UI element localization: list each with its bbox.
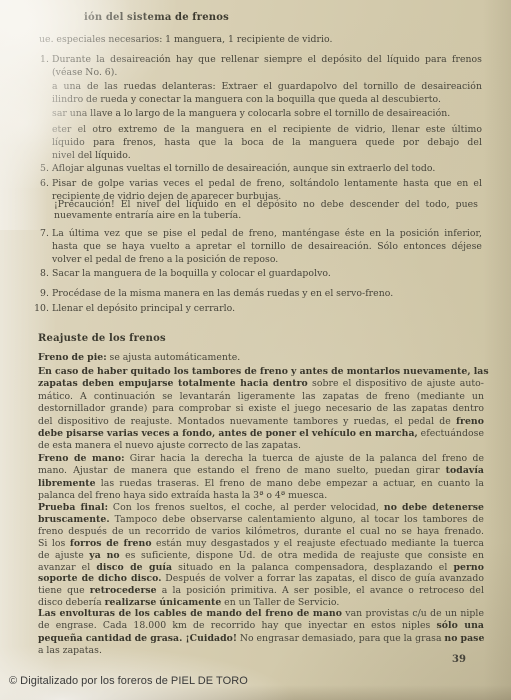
text-line: Freno de pie: se ajusta automáticamente.: [38, 352, 484, 364]
page-heading: ión del sistema de frenos: [84, 12, 229, 23]
text-line: libremente las ruedas traseras. El freno…: [38, 478, 484, 490]
text-line: mano. Ajustar de manera que estando el f…: [38, 465, 484, 477]
text-line: avanzar el disco de guía situado en la p…: [38, 562, 484, 574]
text-line: Sacar la manguera de la boquilla y coloc…: [52, 267, 482, 280]
text-line: de esta manera el nuevo ajuste correcto …: [38, 440, 484, 452]
text-line: ilindro de rueda y conectar la manguera …: [52, 93, 482, 106]
text-line: Prueba final: Con los frenos sueltos, el…: [38, 502, 484, 514]
paragraph-cable-greasing: Las envolturas de los cables de mando de…: [38, 608, 484, 658]
text-line: tiene que retrocederse a la posición pri…: [38, 585, 484, 597]
text-line: volver el pedal de freno a la posición d…: [52, 253, 482, 266]
list-item: 9. Procédase de la misma manera en las d…: [52, 287, 482, 300]
scanned-page: ión del sistema de frenos ue. especiales…: [0, 0, 511, 700]
list-item: sar una llave a lo largo de la manguera …: [52, 107, 482, 120]
text-line: mático. A continuación se levantarán lig…: [38, 391, 484, 403]
list-item: 10. Llenar el depósito principal y cerra…: [52, 302, 482, 315]
text-line: soporte de dicho disco. Después de volve…: [38, 573, 484, 585]
step-number: 6.: [33, 177, 49, 190]
text-line: ¡Precaución! El nivel del líquido en el …: [54, 199, 478, 210]
text-line: Las envolturas de los cables de mando de…: [38, 608, 484, 620]
text-line: pequeña cantidad de grasa. ¡Cuidado! No …: [38, 633, 484, 645]
text-line: palanca del freno haya sido extraída has…: [38, 490, 484, 502]
text-line: de ajuste ya no es suficiente, dispone U…: [38, 550, 484, 562]
step-number: 10.: [33, 302, 49, 315]
caution-note: ¡Precaución! El nivel del líquido en el …: [54, 199, 478, 221]
step-number: 1.: [33, 53, 49, 66]
text-line: de engrase. Cada 18.000 km de recorrido …: [38, 620, 484, 632]
text-line: bruscamente. Tampoco debe observarse cal…: [38, 514, 484, 526]
text-line: a las zapatas.: [38, 645, 484, 657]
text-line: sar una llave a lo largo de la manguera …: [52, 107, 482, 120]
paragraph-final-test: Prueba final: Con los frenos sueltos, el…: [38, 502, 484, 609]
text-line: Aflojar algunas vueltas el tornillo de d…: [52, 162, 482, 175]
text-line: Llenar el depósito principal y cerrarlo.: [52, 302, 482, 315]
text-line: zapatas deben empujarse totalmente hacia…: [38, 378, 484, 390]
page-number: 39: [452, 654, 466, 665]
text-line: eter el otro extremo de la manguera en e…: [52, 123, 482, 136]
text-line: Pisar de golpe varias veces el pedal de …: [52, 177, 482, 190]
text-line: debe pisarse varias veces a fondo, antes…: [38, 428, 484, 440]
text-line: líquido para frenos, hasta que la boca d…: [52, 136, 482, 149]
text-line: hasta que se haya vuelto a apretar el to…: [52, 240, 482, 253]
list-item: a una de las ruedas delanteras: Extraer …: [52, 80, 482, 106]
list-item: 8. Sacar la manguera de la boquilla y co…: [52, 267, 482, 280]
text-line: Procédase de la misma manera en las demá…: [52, 287, 482, 300]
paragraph-hand-brake: Freno de mano: Girar hacia la derecha la…: [38, 453, 484, 503]
list-item: 7. La última vez que se pise el pedal de…: [52, 227, 482, 266]
text-line: nivel del líquido.: [52, 149, 482, 162]
text-line: freno después de un recorrido de varios …: [38, 526, 484, 538]
text-line: En caso de haber quitado los tambores de…: [38, 366, 484, 378]
list-item: eter el otro extremo de la manguera en e…: [52, 123, 482, 162]
text-line: (véase No. 6).: [52, 66, 482, 79]
watermark: © Digitalizado por los foreros de PIEL D…: [9, 675, 248, 687]
paragraph-foot-brake: Freno de pie: se ajusta automáticamente.: [38, 352, 484, 364]
list-item: 1. Durante la desaireación hay que relle…: [52, 53, 482, 79]
text-line: a una de las ruedas delanteras: Extraer …: [52, 80, 482, 93]
step-number: 8.: [33, 267, 49, 280]
text-line: del dispositivo de reajuste. Montados nu…: [38, 416, 484, 428]
text-line: Durante la desaireación hay que rellenar…: [52, 53, 482, 66]
text-line: destornillador grande) para comprobar si…: [38, 403, 484, 415]
tools-note: ue. especiales necesarios: 1 manguera, 1…: [39, 34, 485, 45]
step-number: 9.: [33, 287, 49, 300]
paragraph-drum-reassembly: En caso de haber quitado los tambores de…: [38, 366, 484, 453]
text-line: La última vez que se pise el pedal de fr…: [52, 227, 482, 240]
step-number: 5.: [33, 162, 49, 175]
text-line: Freno de mano: Girar hacia la derecha la…: [38, 453, 484, 465]
text-line: Si los forros de freno están muy desgast…: [38, 538, 484, 550]
step-number: 7.: [33, 227, 49, 240]
section-heading: Reajuste de los frenos: [38, 333, 166, 344]
list-item: 5. Aflojar algunas vueltas el tornillo d…: [52, 162, 482, 175]
text-line: nuevamente entraría aire en la tubería.: [54, 210, 478, 221]
